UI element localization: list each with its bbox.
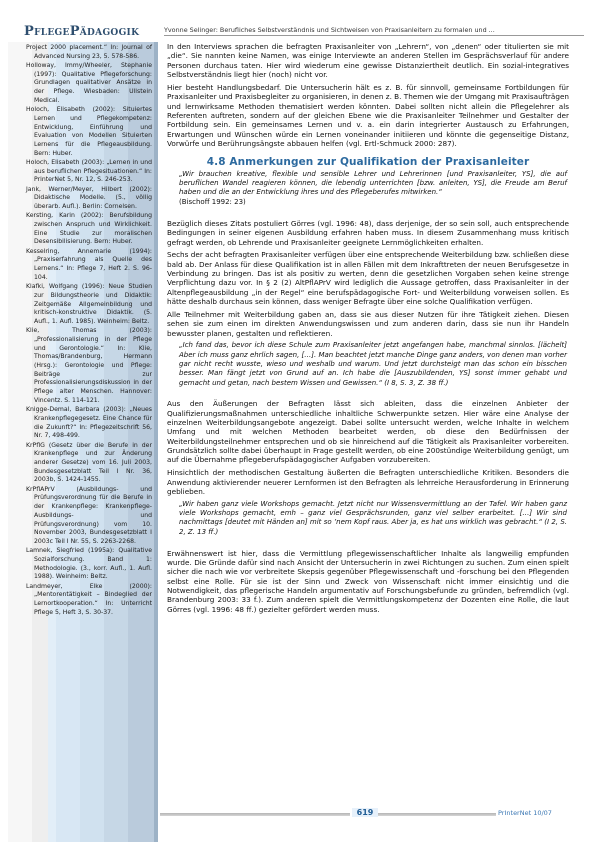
paragraph: Alle Teilnehmer mit Weiterbildung gaben …	[167, 310, 569, 338]
running-head: Yvonne Selinger: Berufliches Selbstverst…	[164, 26, 584, 36]
sidebar-edge	[154, 42, 158, 842]
reference-item: Holloway, Immy/Wheeler, Stephanie (1997)…	[26, 62, 152, 106]
paragraph: Aus den Äußerungen der Befragten lässt s…	[167, 399, 569, 464]
block-quote: „Ich fand das, bevor ich diese Schule zu…	[179, 341, 567, 387]
journal-issue: PrInterNet 10/07	[498, 809, 552, 817]
reference-item: Klie, Thomas (2003): „Professionalisieru…	[26, 327, 152, 405]
footer-rule-left	[160, 813, 350, 816]
article-body: In den Interviews sprachen die befragten…	[167, 42, 569, 617]
quote-source: (Bischoff 1992: 23)	[179, 198, 567, 207]
reference-item: Kersting, Karin (2002): Berufsbildung zw…	[26, 212, 152, 247]
reference-list: Project 2000 placement.“ In: Journal of …	[26, 44, 152, 618]
paragraph: Bezüglich dieses Zitats postuliert Görre…	[167, 219, 569, 247]
reference-item: KrPflG (Gesetz über die Berufe in der Kr…	[26, 442, 152, 486]
reference-item: Lamnek, Siegfried (1995a): Qualitative S…	[26, 547, 152, 582]
reference-item: Klafki, Wolfgang (1996): Neue Studien zu…	[26, 283, 152, 327]
block-quote: „Wir brauchen kreative, flexible und sen…	[179, 170, 567, 198]
spacer	[167, 541, 569, 549]
reference-item: Project 2000 placement.“ In: Journal of …	[26, 44, 152, 61]
page-number: 619	[352, 808, 378, 817]
journal-logo: PflegePädagogik	[24, 24, 139, 39]
section-heading: 4.8 Anmerkungen zur Qualifikation der Pr…	[167, 158, 569, 167]
reference-item: Jank, Werner/Meyer, Hilbert (2002): Dida…	[26, 186, 152, 212]
reference-item: Holoch, Elisabeth (2002): Situiertes Ler…	[26, 106, 152, 158]
paragraph: Hinsichtlich der methodischen Gestaltung…	[167, 468, 569, 496]
paragraph: Sechs der acht befragten Praxisanleiter …	[167, 250, 569, 306]
reference-item: KrPflAPrV (Ausbildungs- und Prüfungsvero…	[26, 486, 152, 547]
spacer	[167, 391, 569, 399]
reference-item: Holoch, Elisabeth (2003): „Lernen in und…	[26, 159, 152, 185]
paragraph: Erwähnenswert ist hier, dass die Vermitt…	[167, 549, 569, 614]
paragraph: Hier besteht Handlungsbedarf. Die Unters…	[167, 83, 569, 148]
reference-item: Kesselring, Annemarie (1994): „Praxiserf…	[26, 248, 152, 283]
reference-item: Landmeyer, Elke (2000): „Mentorentätigke…	[26, 583, 152, 618]
paragraph: In den Interviews sprachen die befragten…	[167, 42, 569, 79]
reference-item: Knigge-Demal, Barbara (2003): „Neues Kra…	[26, 406, 152, 441]
block-quote: „Wir haben ganz viele Workshops gemacht.…	[179, 500, 567, 537]
spacer	[167, 211, 569, 219]
footer-rule-right	[378, 813, 496, 816]
